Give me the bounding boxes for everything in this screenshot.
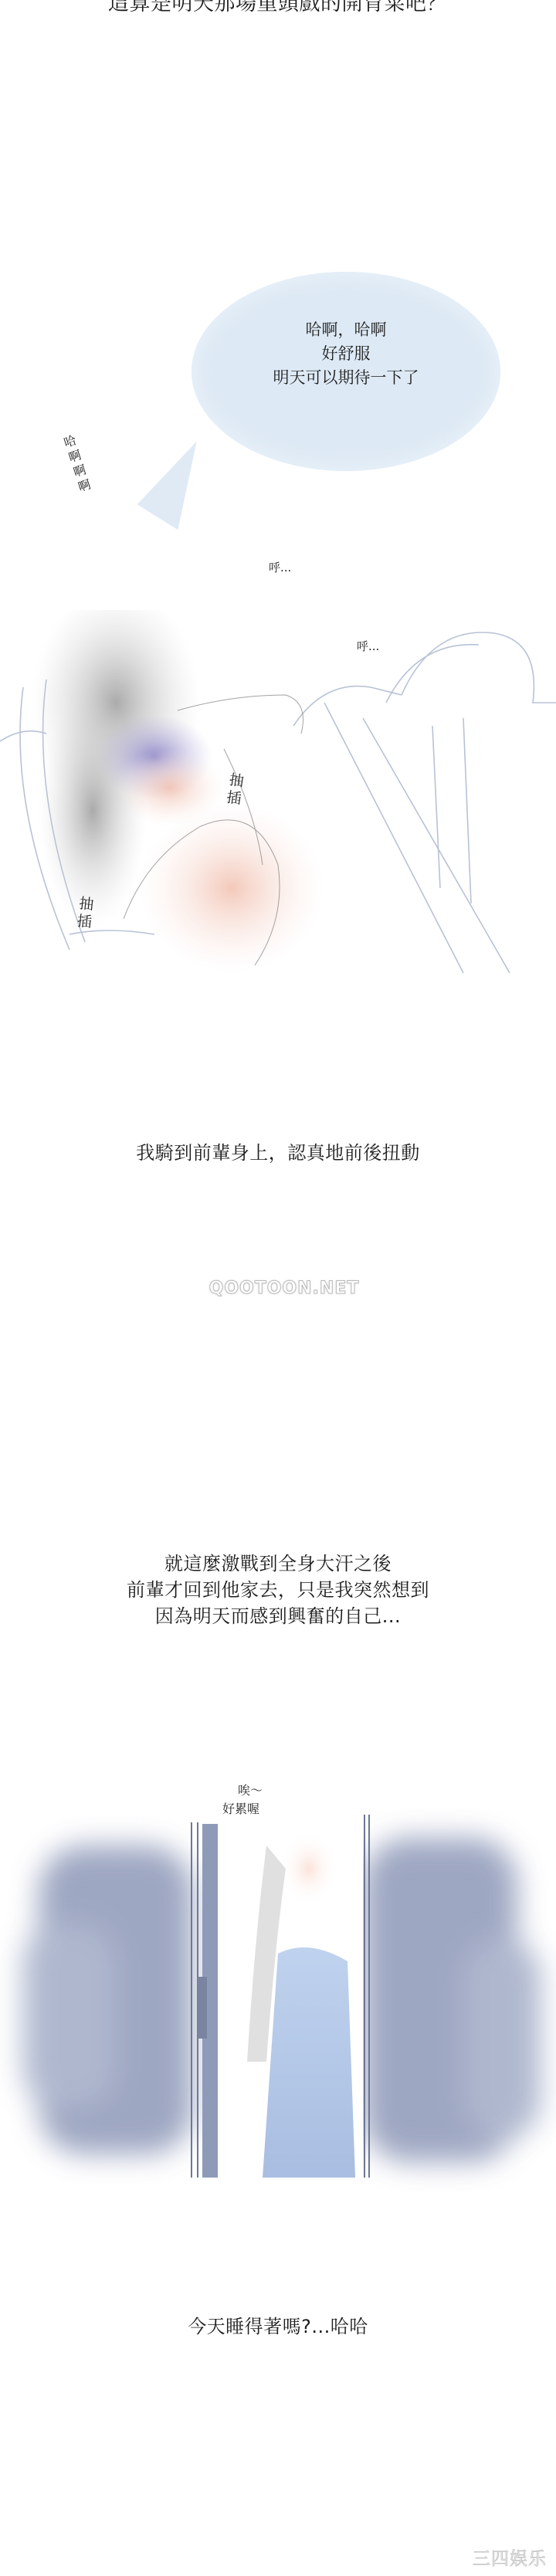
sfx-tired-2: 好累喔 [222,1799,259,1817]
speech-line-1: 哈啊，哈啊 [192,318,500,342]
narration-block-line-1: 就這麼激戰到全身大汗之後 [0,1551,556,1577]
panel-car-scene [0,610,556,988]
sfx-panting: 哈啊啊啊 [59,432,95,497]
watermark-qootoon: QOOTOON.NET [188,1276,381,1302]
car-scene-illustration [0,610,556,988]
narration-riding: 我騎到前輩身上，認真地前後扭動 [0,1138,556,1168]
speech-line-3: 明天可以期待一下了 [192,366,500,390]
speech-bubble-tail [137,432,223,530]
doorway-illustration [0,1799,556,2201]
sfx-sigh-1: 呼... [269,559,291,575]
speech-bubble-text: 哈啊，哈啊 好舒服 明天可以期待一下了 [192,318,500,390]
speech-line-2: 好舒服 [192,342,500,366]
narration-block-line-2: 前輩才回到他家去，只是我突然想到 [0,1577,556,1603]
sfx-motion-left: 抽插 [73,895,97,933]
sfx-sigh-2: 呼... [357,638,379,654]
watermark-corner: 三四娱乐 [473,2544,547,2570]
sfx-tired-1: 唉～ [238,1781,263,1798]
narration-block: 就這麼激戰到全身大汗之後 前輩才回到他家去，只是我突然想到 因為明天而感到興奮的… [0,1551,556,1629]
narration-block-line-3: 因為明天而感到興奮的自己... [0,1603,556,1629]
narration-top-cut: 這算是明天那場重頭戲的開胃菜吧？ [0,0,556,19]
narration-bottom: 今天睡得著嗎?...哈哈 [0,2312,556,2341]
panel-doorway [0,1799,556,2201]
